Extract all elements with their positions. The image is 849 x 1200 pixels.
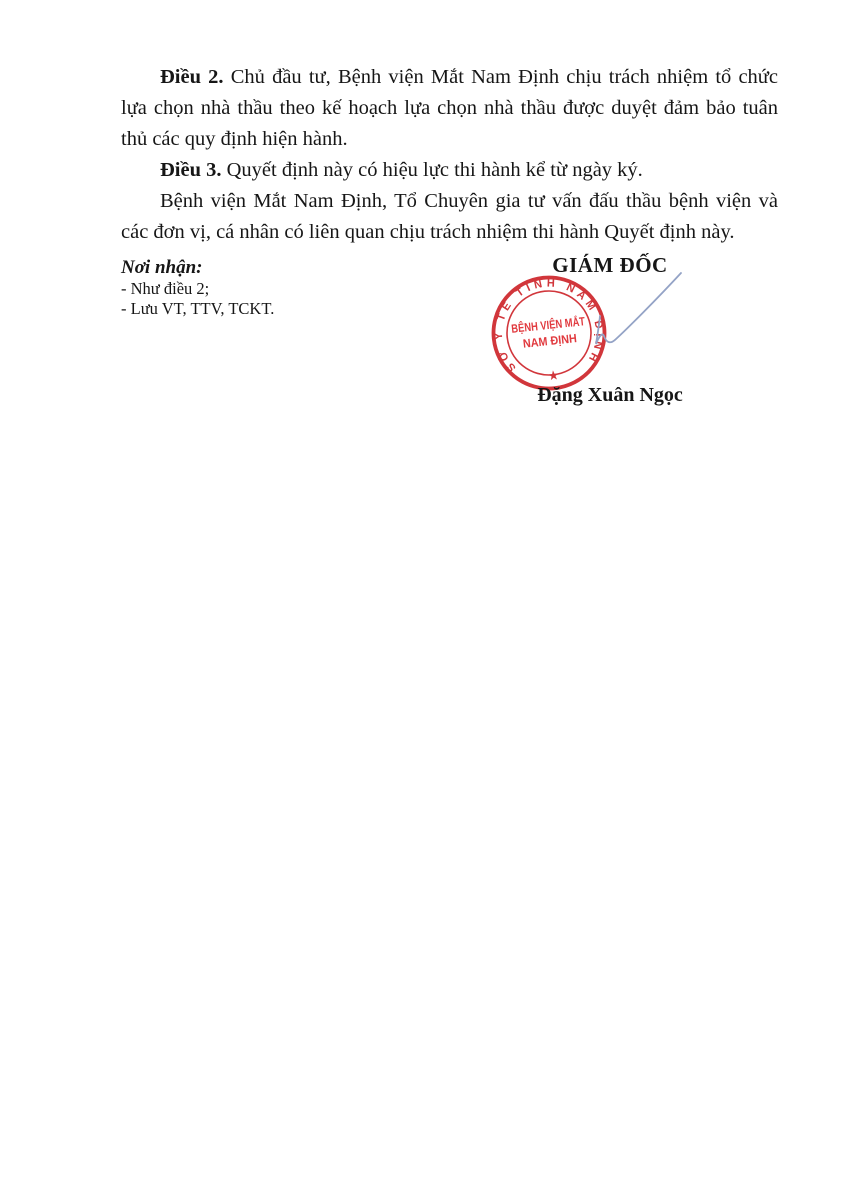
document-body: Điều 2. Chủ đầu tư, Bệnh viện Mắt Nam Đị… [121,62,778,248]
recipient-item: - Như điều 2; [121,279,381,299]
paragraph-lead: Điều 2. [160,66,224,88]
document-page: Điều 2. Chủ đầu tư, Bệnh viện Mắt Nam Đị… [0,0,849,1200]
paragraph-dieu-2: Điều 2. Chủ đầu tư, Bệnh viện Mắt Nam Đị… [121,62,778,155]
paragraph-responsibility: Bệnh viện Mắt Nam Định, Tổ Chuyên gia tư… [121,186,778,248]
hospital-seal-stamp: SỞ Y TẾ TỈNH NAM ĐỊNH BỆNH VIỆN MẮT NAM … [486,272,612,394]
paragraph-text: Quyết định này có hiệu lực thi hành kể t… [222,159,643,181]
stamp-star-icon: ★ [547,367,560,383]
paragraph-dieu-3: Điều 3. Quyết định này có hiệu lực thi h… [121,155,778,186]
stamp-group: SỞ Y TẾ TỈNH NAM ĐỊNH BỆNH VIỆN MẮT NAM … [487,272,610,394]
recipients-block: Nơi nhận: - Như điều 2; - Lưu VT, TTV, T… [121,256,381,319]
recipient-item: - Lưu VT, TTV, TCKT. [121,299,381,319]
paragraph-text: Bệnh viện Mắt Nam Định, Tổ Chuyên gia tư… [121,190,778,243]
paragraph-lead: Điều 3. [160,159,222,181]
signer-name: Đặng Xuân Ngọc [480,384,740,407]
stamp-center-line2: NAM ĐỊNH [522,331,577,351]
recipients-heading: Nơi nhận: [121,256,381,279]
